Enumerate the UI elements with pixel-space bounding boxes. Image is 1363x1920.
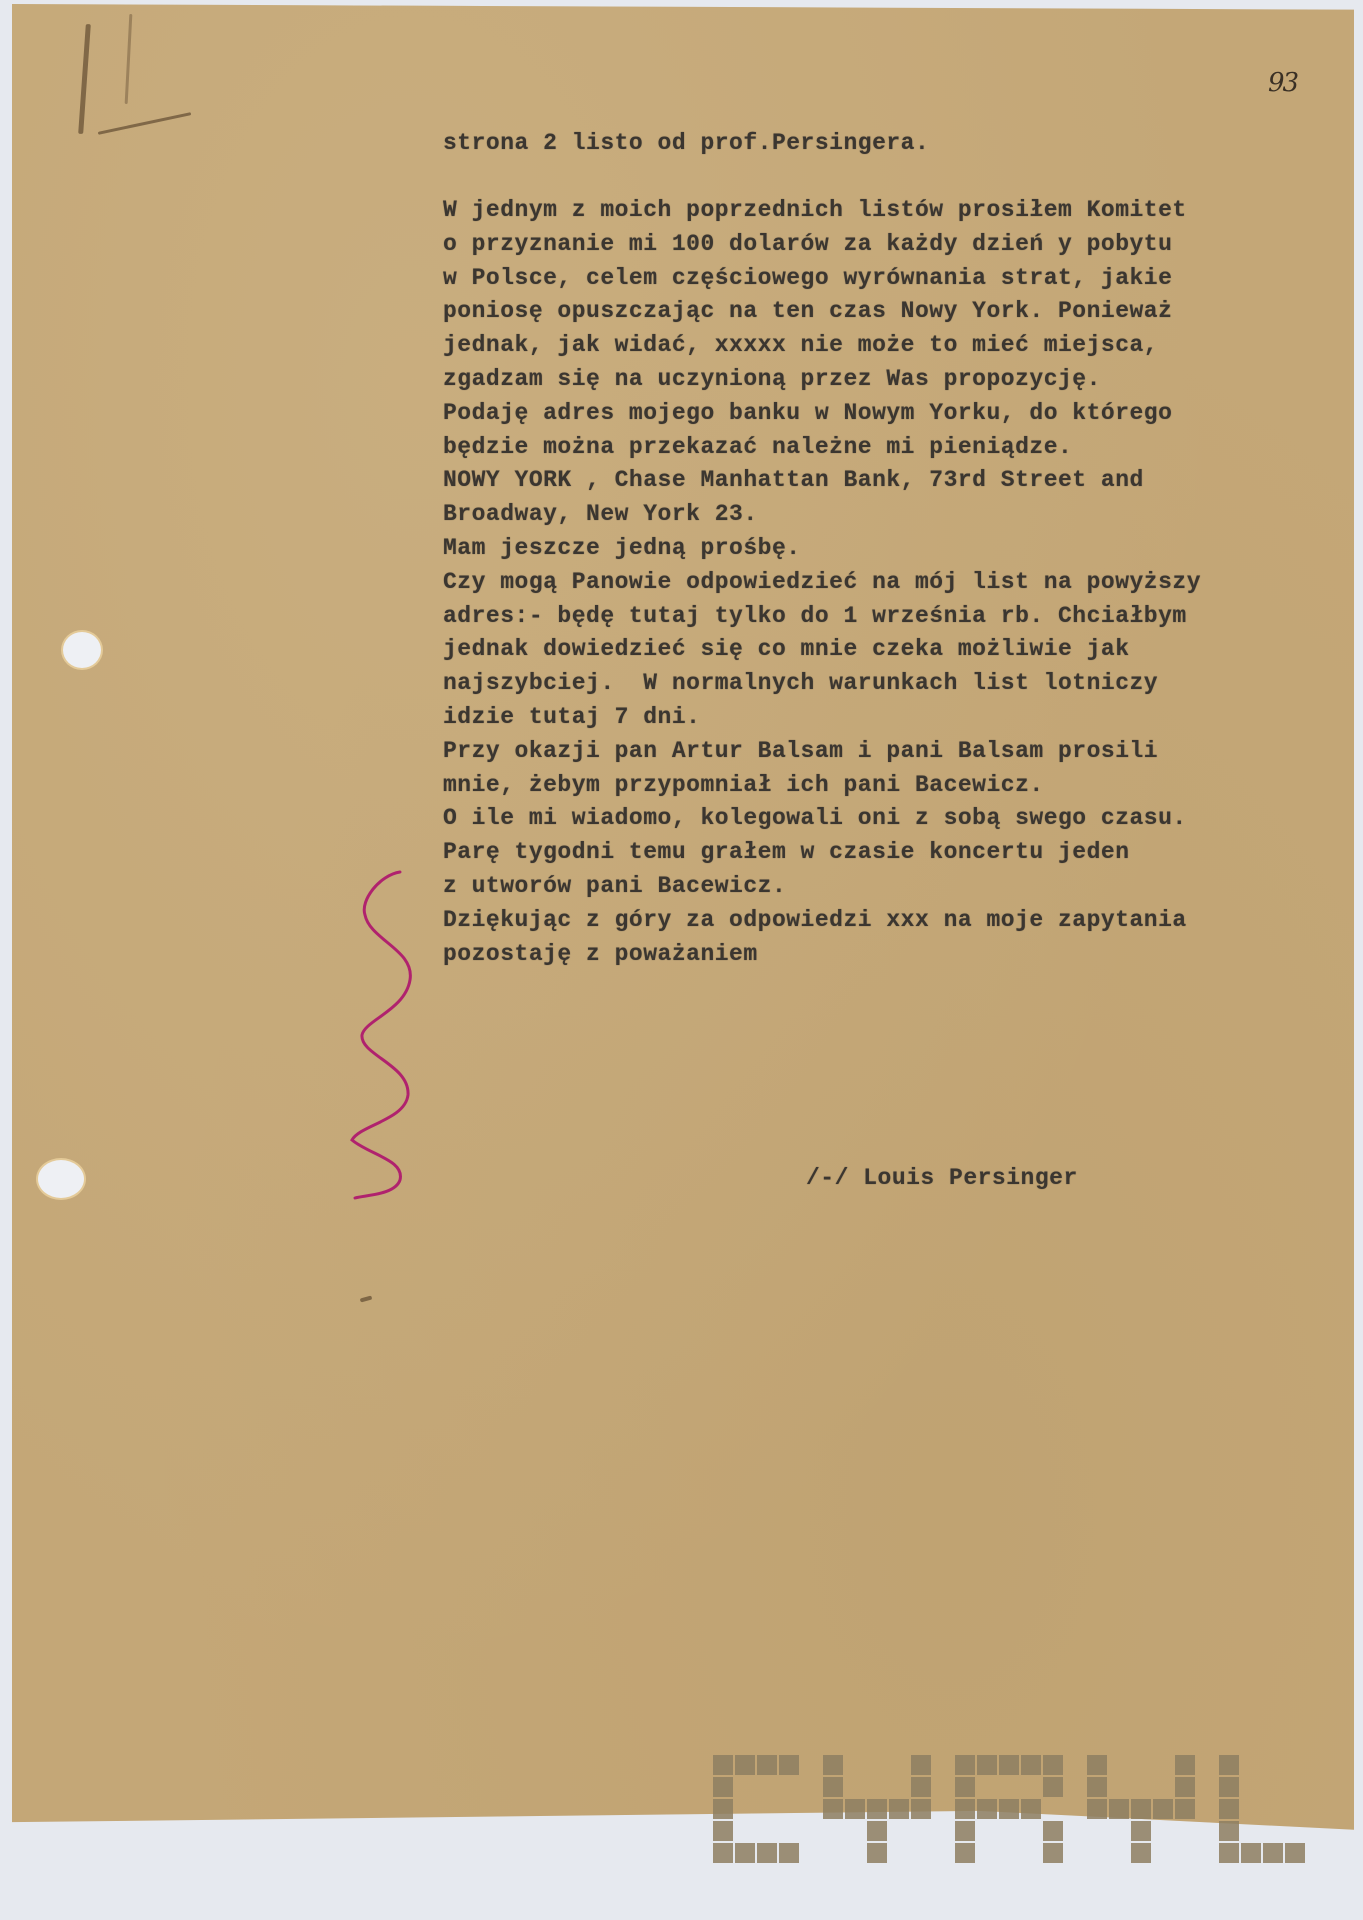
text-line: poniosę opuszczając na ten czas Nowy Yor… — [443, 295, 1343, 329]
text-line: jednak, jak widać, xxxxx nie może to mie… — [443, 329, 1343, 363]
text-line: z utworów pani Bacewicz. — [443, 870, 1343, 904]
text-line: adres:- będę tutaj tylko do 1 września r… — [443, 600, 1343, 634]
text-line: Parę tygodni temu grałem w czasie koncer… — [443, 836, 1343, 870]
cyryl-watermark-logo — [713, 1755, 1313, 1867]
pencil-mark — [98, 112, 192, 135]
text-line: w Polsce, celem częściowego wyrównania s… — [443, 262, 1343, 296]
text-line: NOWY YORK , Chase Manhattan Bank, 73rd S… — [443, 464, 1343, 498]
text-line: Broadway, New York 23. — [443, 498, 1343, 532]
text-line: pozostaję z poważaniem — [443, 938, 1343, 972]
text-line: zgadzam się na uczynioną przez Was propo… — [443, 363, 1343, 397]
punch-hole — [63, 632, 101, 668]
pencil-mark — [78, 24, 91, 134]
punch-hole — [38, 1160, 84, 1198]
pencil-mark — [360, 1296, 373, 1303]
text-line: jednak dowiedzieć się co mnie czeka możl… — [443, 633, 1343, 667]
text-line: O ile mi wiadomo, kolegowali oni z sobą … — [443, 802, 1343, 836]
margin-squiggle-mark — [340, 860, 460, 1200]
page-number: 93 — [1268, 68, 1297, 98]
text-line: najszybciej. W normalnych warunkach list… — [443, 667, 1343, 701]
letter-body: strona 2 listo od prof.Persingera. W jed… — [443, 130, 1343, 971]
signature: /-/ Louis Persinger — [806, 1165, 1078, 1191]
text-line: W jednym z moich poprzednich listów pros… — [443, 194, 1343, 228]
text-line: Przy okazji pan Artur Balsam i pani Bals… — [443, 735, 1343, 769]
text-line: o przyznanie mi 100 dolarów za każdy dzi… — [443, 228, 1343, 262]
letter-heading: strona 2 listo od prof.Persingera. — [443, 130, 1343, 156]
text-line: mnie, żebym przypomniał ich pani Bacewic… — [443, 769, 1343, 803]
text-line: Dziękując z góry za odpowiedzi xxx na mo… — [443, 904, 1343, 938]
pencil-mark — [125, 14, 133, 104]
text-line: Podaję adres mojego banku w Nowym Yorku,… — [443, 397, 1343, 431]
text-line: Czy mogą Panowie odpowiedzieć na mój lis… — [443, 566, 1343, 600]
text-line: Mam jeszcze jedną prośbę. — [443, 532, 1343, 566]
text-line: idzie tutaj 7 dni. — [443, 701, 1343, 735]
text-line: będzie można przekazać należne mi pienią… — [443, 431, 1343, 465]
